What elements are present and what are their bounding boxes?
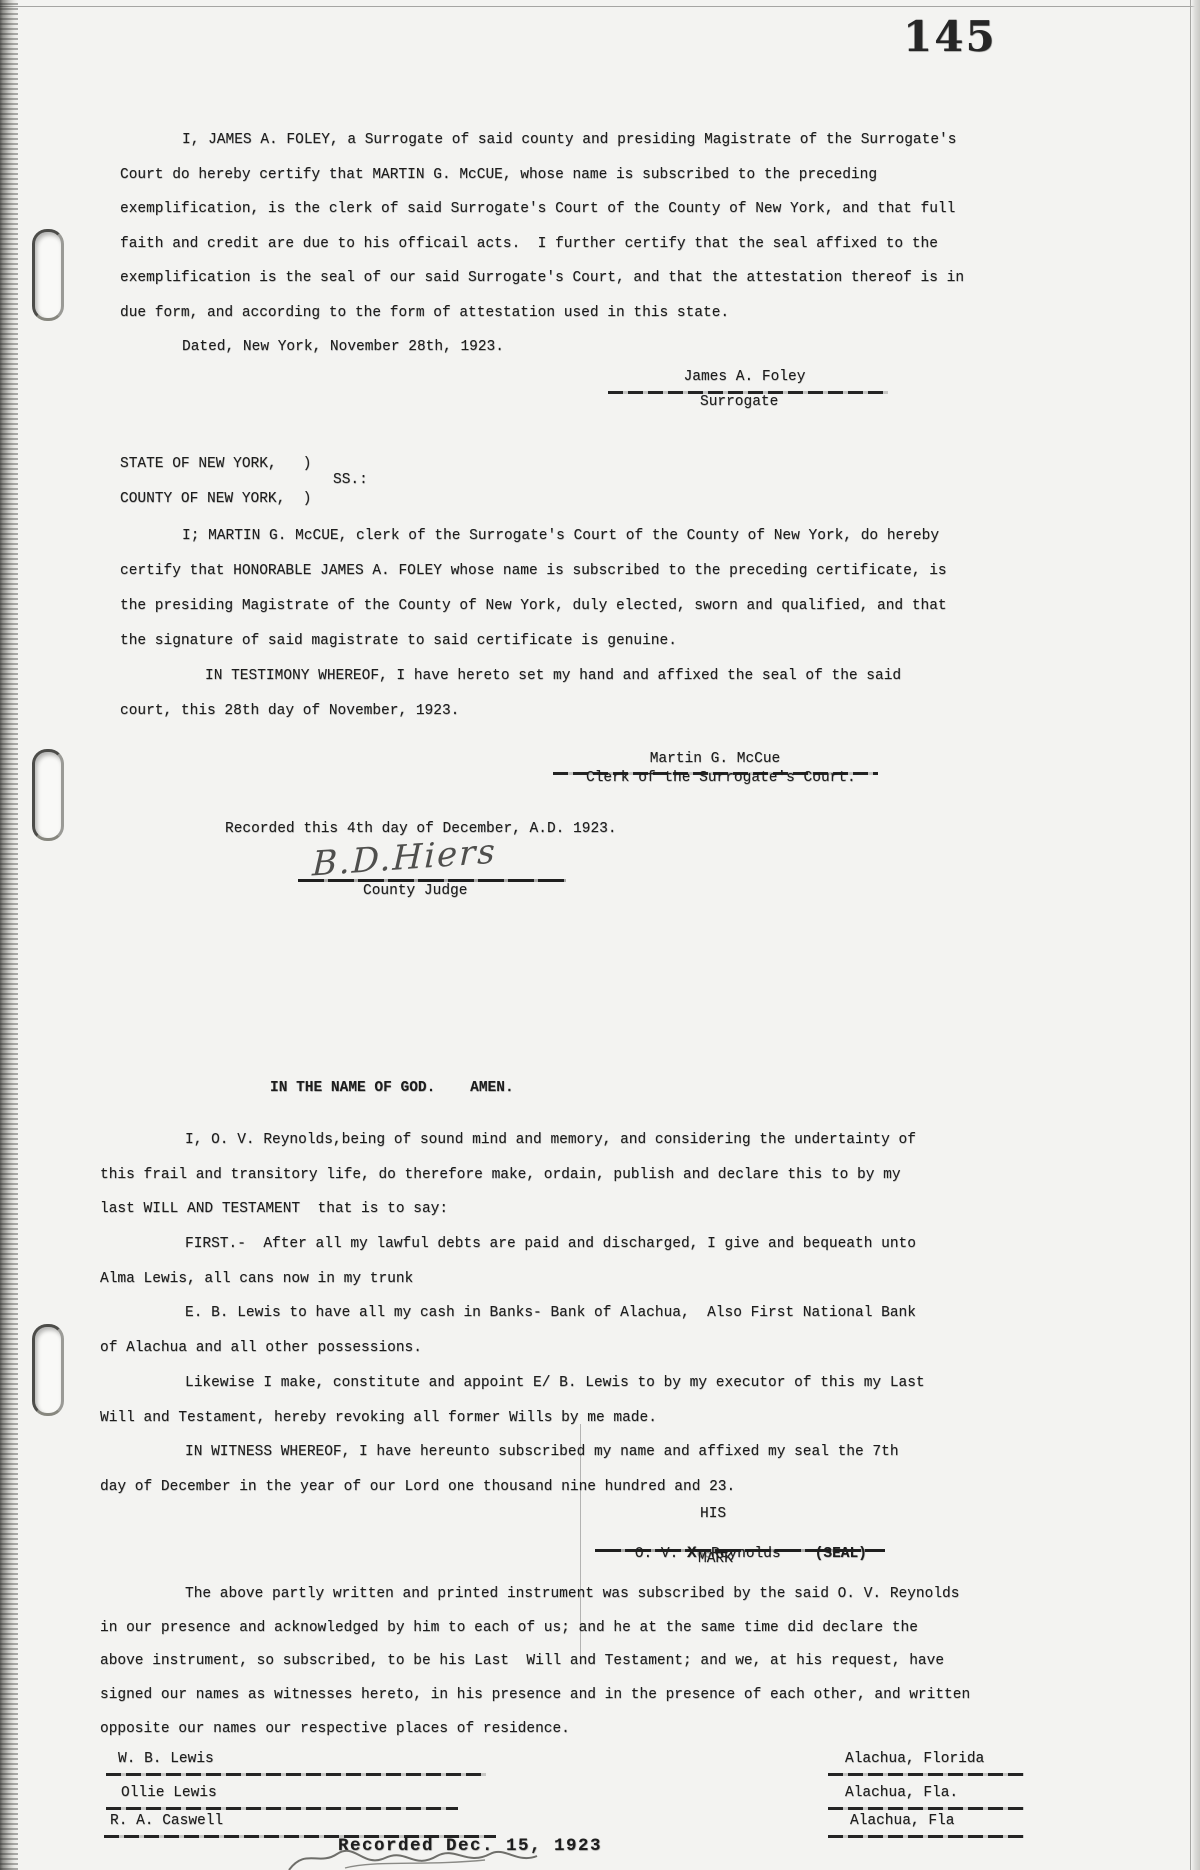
witness-underline — [828, 1773, 1024, 1776]
foley-certificate-paragraph: I, JAMES A. FOLEY, a Surrogate of said c… — [120, 123, 980, 365]
page-right-edge — [1190, 0, 1200, 1870]
ss-label: SS.: — [333, 472, 368, 488]
page-top-edge — [0, 6, 1200, 7]
text-line: exemplification is the seal of our said … — [120, 261, 980, 296]
text-line: signed our names as witnesses hereto, in… — [100, 1679, 1010, 1713]
text-line: I, O. V. Reynolds,being of sound mind an… — [100, 1123, 1000, 1158]
text-line: this frail and transitory life, do there… — [100, 1158, 1000, 1193]
signature-line — [298, 879, 566, 882]
foley-signature-title: Surrogate — [700, 394, 778, 410]
text-line: FIRST.- After all my lawful debts are pa… — [100, 1227, 1000, 1262]
text-line: the signature of said magistrate to said… — [120, 624, 990, 659]
witness-name: R. A. Caswell — [110, 1813, 223, 1829]
punch-hole — [32, 229, 64, 321]
witness-underline — [106, 1773, 486, 1776]
text-line: Alma Lewis, all cans now in my trunk — [100, 1262, 1000, 1297]
text-line: Likewise I make, constitute and appoint … — [100, 1366, 1000, 1401]
text-line: Will and Testament, hereby revoking all … — [100, 1401, 1000, 1436]
binding-edge — [0, 0, 18, 1870]
text-line: Dated, New York, November 28th, 1923. — [120, 330, 980, 365]
signature-line — [595, 1549, 885, 1552]
witness-residence: Alachua, Fla. — [845, 1785, 958, 1801]
foley-signature: James A. Foley — [612, 369, 877, 385]
text-line: I; MARTIN G. McCUE, clerk of the Surroga… — [120, 519, 990, 554]
text-line: certify that HONORABLE JAMES A. FOLEY wh… — [120, 554, 990, 589]
punch-hole — [32, 1324, 64, 1416]
text-line: court, this 28th day of November, 1923. — [120, 694, 990, 729]
text-line: Court do hereby certify that MARTIN G. M… — [120, 158, 980, 193]
text-line: of Alachua and all other possessions. — [100, 1331, 1000, 1366]
punch-hole — [32, 749, 64, 841]
text-line: The above partly written and printed ins… — [100, 1578, 1010, 1612]
text-line: exemplification, is the clerk of said Su… — [120, 192, 980, 227]
his-label: HIS — [700, 1506, 726, 1522]
witness-residence: Alachua, Florida — [845, 1751, 984, 1767]
text-line: in our presence and acknowledged by him … — [100, 1612, 1010, 1646]
mark-label: MARK — [698, 1551, 733, 1567]
text-line: IN TESTIMONY WHEREOF, I have hereto set … — [120, 659, 990, 694]
text-line: due form, and according to the form of a… — [120, 296, 980, 331]
will-body: I, O. V. Reynolds,being of sound mind an… — [100, 1123, 1000, 1505]
attestation-paragraph: The above partly written and printed ins… — [100, 1578, 1010, 1746]
text-line: day of December in the year of our Lord … — [100, 1470, 1000, 1505]
witness-name: Ollie Lewis — [121, 1785, 217, 1801]
witness-name: W. B. Lewis — [118, 1751, 214, 1767]
text-line: above instrument, so subscribed, to be h… — [100, 1645, 1010, 1679]
mccue-signature: Martin G. McCue — [560, 751, 870, 767]
testator-signature: O. V. X66Reynolds(SEAL) — [600, 1528, 867, 1578]
judge-title: County Judge — [363, 883, 467, 899]
recorded-line: Recorded this 4th day of December, A.D. … — [225, 821, 617, 837]
mccue-certificate-paragraph: I; MARTIN G. McCUE, clerk of the Surroga… — [120, 519, 990, 729]
text-line: faith and credit are due to his officail… — [120, 227, 980, 262]
text-line: STATE OF NEW YORK, ) — [120, 447, 311, 482]
testator-mark-x: X — [687, 1544, 697, 1562]
text-line: E. B. Lewis to have all my cash in Banks… — [100, 1296, 1000, 1331]
text-line: IN WITNESS WHEREOF, I have hereunto subs… — [100, 1435, 1000, 1470]
page-number: 145 — [903, 12, 997, 61]
text-line: I, JAMES A. FOLEY, a Surrogate of said c… — [120, 123, 980, 158]
witness-underline — [828, 1835, 1024, 1838]
mccue-signature-title: Clerk of the Surrogate's Court. — [586, 770, 856, 786]
witness-residence: Alachua, Fla — [850, 1813, 954, 1829]
text-line: COUNTY OF NEW YORK, ) — [120, 482, 311, 517]
will-heading: IN THE NAME OF GOD. AMEN. — [270, 1080, 514, 1096]
text-line: last WILL AND TESTAMENT that is to say: — [100, 1192, 1000, 1227]
witness-underline — [828, 1807, 1024, 1810]
witness-underline — [106, 1807, 458, 1810]
venue-block: STATE OF NEW YORK, ) COUNTY OF NEW YORK,… — [120, 447, 311, 516]
judge-signature: B.D.Hiers — [312, 831, 498, 884]
document-page: 145 I, JAMES A. FOLEY, a Surrogate of sa… — [0, 0, 1200, 1870]
handwritten-scrawl — [285, 1846, 585, 1870]
text-line: the presiding Magistrate of the County o… — [120, 589, 990, 624]
text-line: opposite our names our respective places… — [100, 1713, 1010, 1747]
